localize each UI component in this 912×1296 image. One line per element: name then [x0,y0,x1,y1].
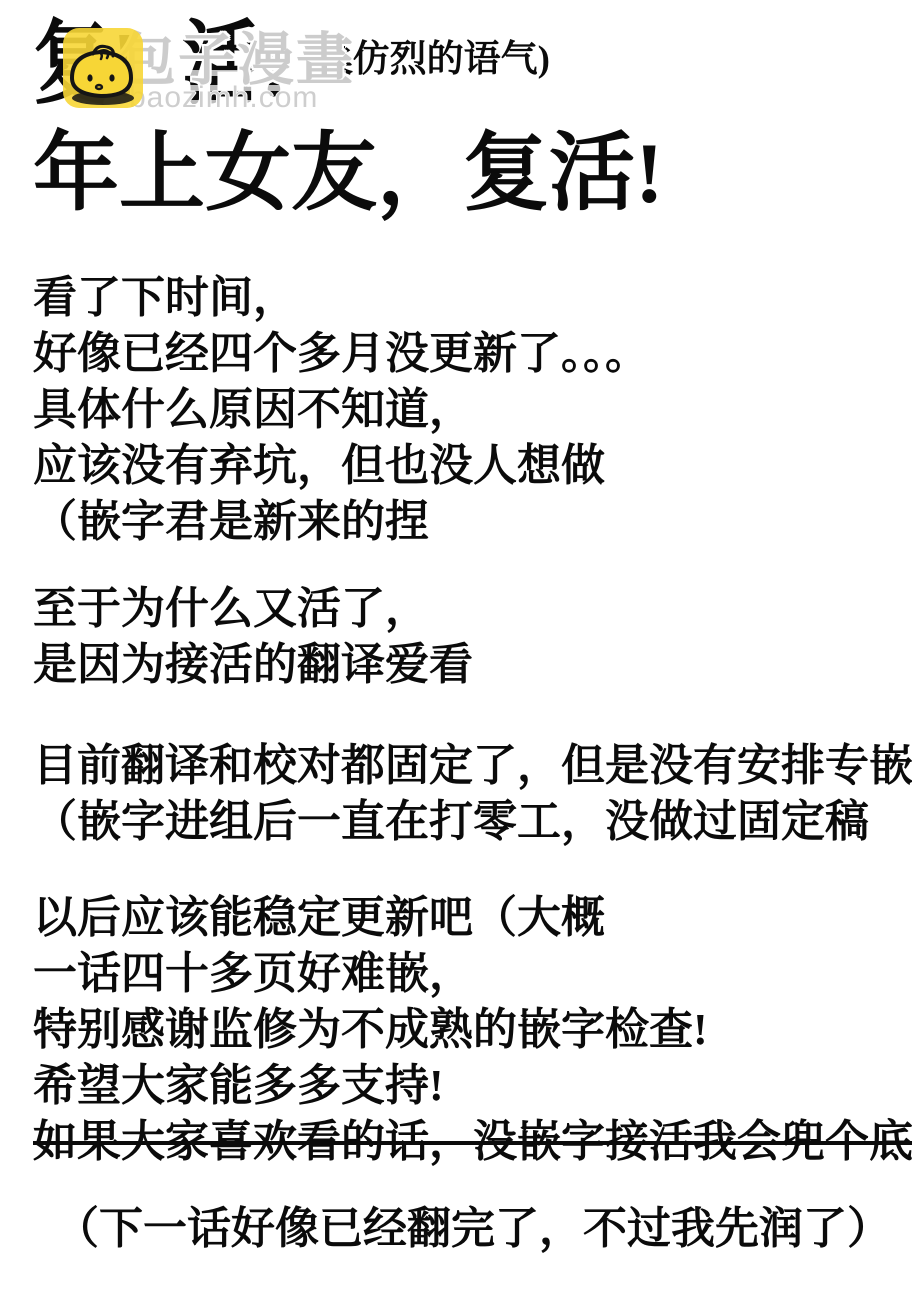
announcement-body: 看了下时间， 好像已经四个多月没更新了。。。 具体什么原因不知道， 应该没有弃坑… [33,270,912,1257]
paragraph-status: 看了下时间， 好像已经四个多月没更新了。。。 具体什么原因不知道， 应该没有弃坑… [33,270,912,550]
text-line: 看了下时间， [33,270,912,326]
text-line: 至于为什么又活了， [33,581,912,637]
paragraph-postscript: （下一话好像已经翻完了，不过我先润了） [33,1201,912,1257]
paragraph-staff: 目前翻译和校对都固定了，但是没有安排专嵌 （嵌字进组后一直在打零工，没做过固定稿 [33,738,912,850]
text-line: （嵌字君是新来的捏 [33,494,912,550]
text-line: 应该没有弃坑，但也没人想做 [33,438,912,494]
paragraph-reason: 至于为什么又活了， 是因为接活的翻译爱看 [33,581,912,693]
text-line: （嵌字进组后一直在打零工，没做过固定稿 [33,794,912,850]
paragraph-thanks: 以后应该能稳定更新吧（大概 一话四十多页好难嵌， 特别感谢监修为不成熟的嵌字检查… [33,890,912,1170]
text-line: 特别感谢监修为不成熟的嵌字检查! [33,1002,912,1058]
header: 复! 活!(模仿烈的语气) 年上女友，复活! 包子漫畫 baozimh.com [33,0,912,216]
text-line: 以后应该能稳定更新吧（大概 [33,890,912,946]
title-row: 复! 活!(模仿烈的语气) [33,14,912,118]
text-line: 具体什么原因不知道， [33,382,912,438]
announcement-page: 复! 活!(模仿烈的语气) 年上女友，复活! 包子漫畫 baozimh.com [0,0,912,1296]
page-title: 复! 活! [33,14,289,114]
text-line: 好像已经四个多月没更新了。。。 [33,326,912,382]
text-line: 是因为接活的翻译爱看 [33,637,912,693]
text-line: 目前翻译和校对都固定了，但是没有安排专嵌 [33,738,912,794]
page-subtitle: 年上女友，复活! [33,130,912,216]
text-line-strikethrough: 如果大家喜欢看的话，没嵌字接活我会兜个底 [33,1114,912,1170]
text-line: 一话四十多页好难嵌， [33,946,912,1002]
text-line: （下一话好像已经翻完了，不过我先润了） [55,1201,912,1257]
title-note: (模仿烈的语气) [303,40,550,80]
text-line: 希望大家能多多支持! [33,1058,912,1114]
